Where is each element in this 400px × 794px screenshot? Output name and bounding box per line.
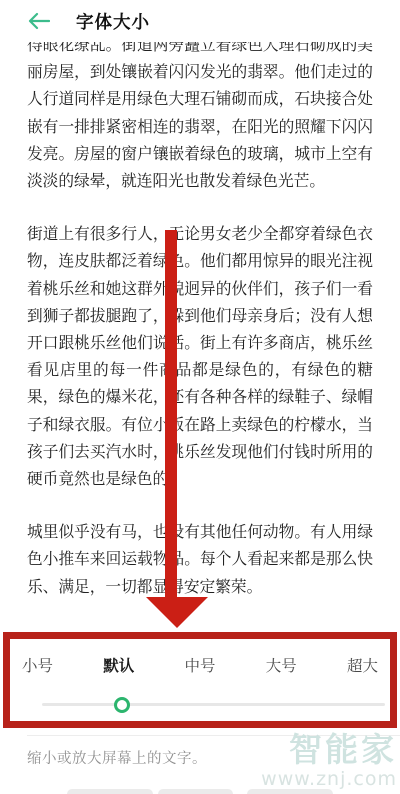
preview-paragraph: 得眼花缭乱。街道两旁矗立着绿色大理石砌成的美丽房屋，到处镶嵌着闪闪发光的翡翠。他…: [27, 42, 373, 194]
preview-paragraph: 城里似乎没有马，也没有其他任何动物。有人用绿色小推车来回运载物品。每个人看起来都…: [27, 518, 373, 600]
annotation-arrow-shaft: [165, 230, 177, 598]
font-size-options: 小号 默认 中号 大号 超大: [22, 654, 378, 676]
watermark: 智能家 www.znj.com: [261, 732, 397, 790]
font-size-settings-screen: 字体大小 得眼花缭乱。街道两旁矗立着绿色大理石砌成的美丽房屋，到处镶嵌着闪闪发光…: [0, 0, 400, 794]
font-size-option-small[interactable]: 小号: [22, 654, 53, 676]
display-size-preview-card: [67, 789, 153, 794]
app-bar: 字体大小: [0, 0, 400, 42]
preview-paragraph: 街道上有很多行人，无论男女老少全都穿着绿色衣物，连皮肤都泛着绿色。他们都用惊异的…: [27, 220, 373, 492]
font-size-option-default[interactable]: 默认: [103, 654, 134, 676]
font-size-description: 缩小或放大屏幕上的文字。: [27, 747, 207, 768]
watermark-logo: 智能家: [261, 732, 397, 768]
font-size-option-large[interactable]: 大号: [266, 654, 297, 676]
page-title: 字体大小: [76, 9, 150, 34]
font-size-slider-track[interactable]: [42, 703, 385, 706]
font-size-slider-handle[interactable]: [114, 697, 130, 713]
display-size-preview-card: [158, 789, 233, 794]
annotation-highlight-box: [3, 632, 397, 728]
font-size-option-medium[interactable]: 中号: [184, 654, 215, 676]
font-size-option-xlarge[interactable]: 超大: [347, 654, 378, 676]
back-arrow-icon[interactable]: [28, 12, 50, 30]
annotation-arrow-head-icon: [146, 597, 208, 628]
watermark-url: www.znj.com: [261, 768, 397, 790]
preview-text-area: 得眼花缭乱。街道两旁矗立着绿色大理石砌成的美丽房屋，到处镶嵌着闪闪发光的翡翠。他…: [0, 42, 400, 602]
